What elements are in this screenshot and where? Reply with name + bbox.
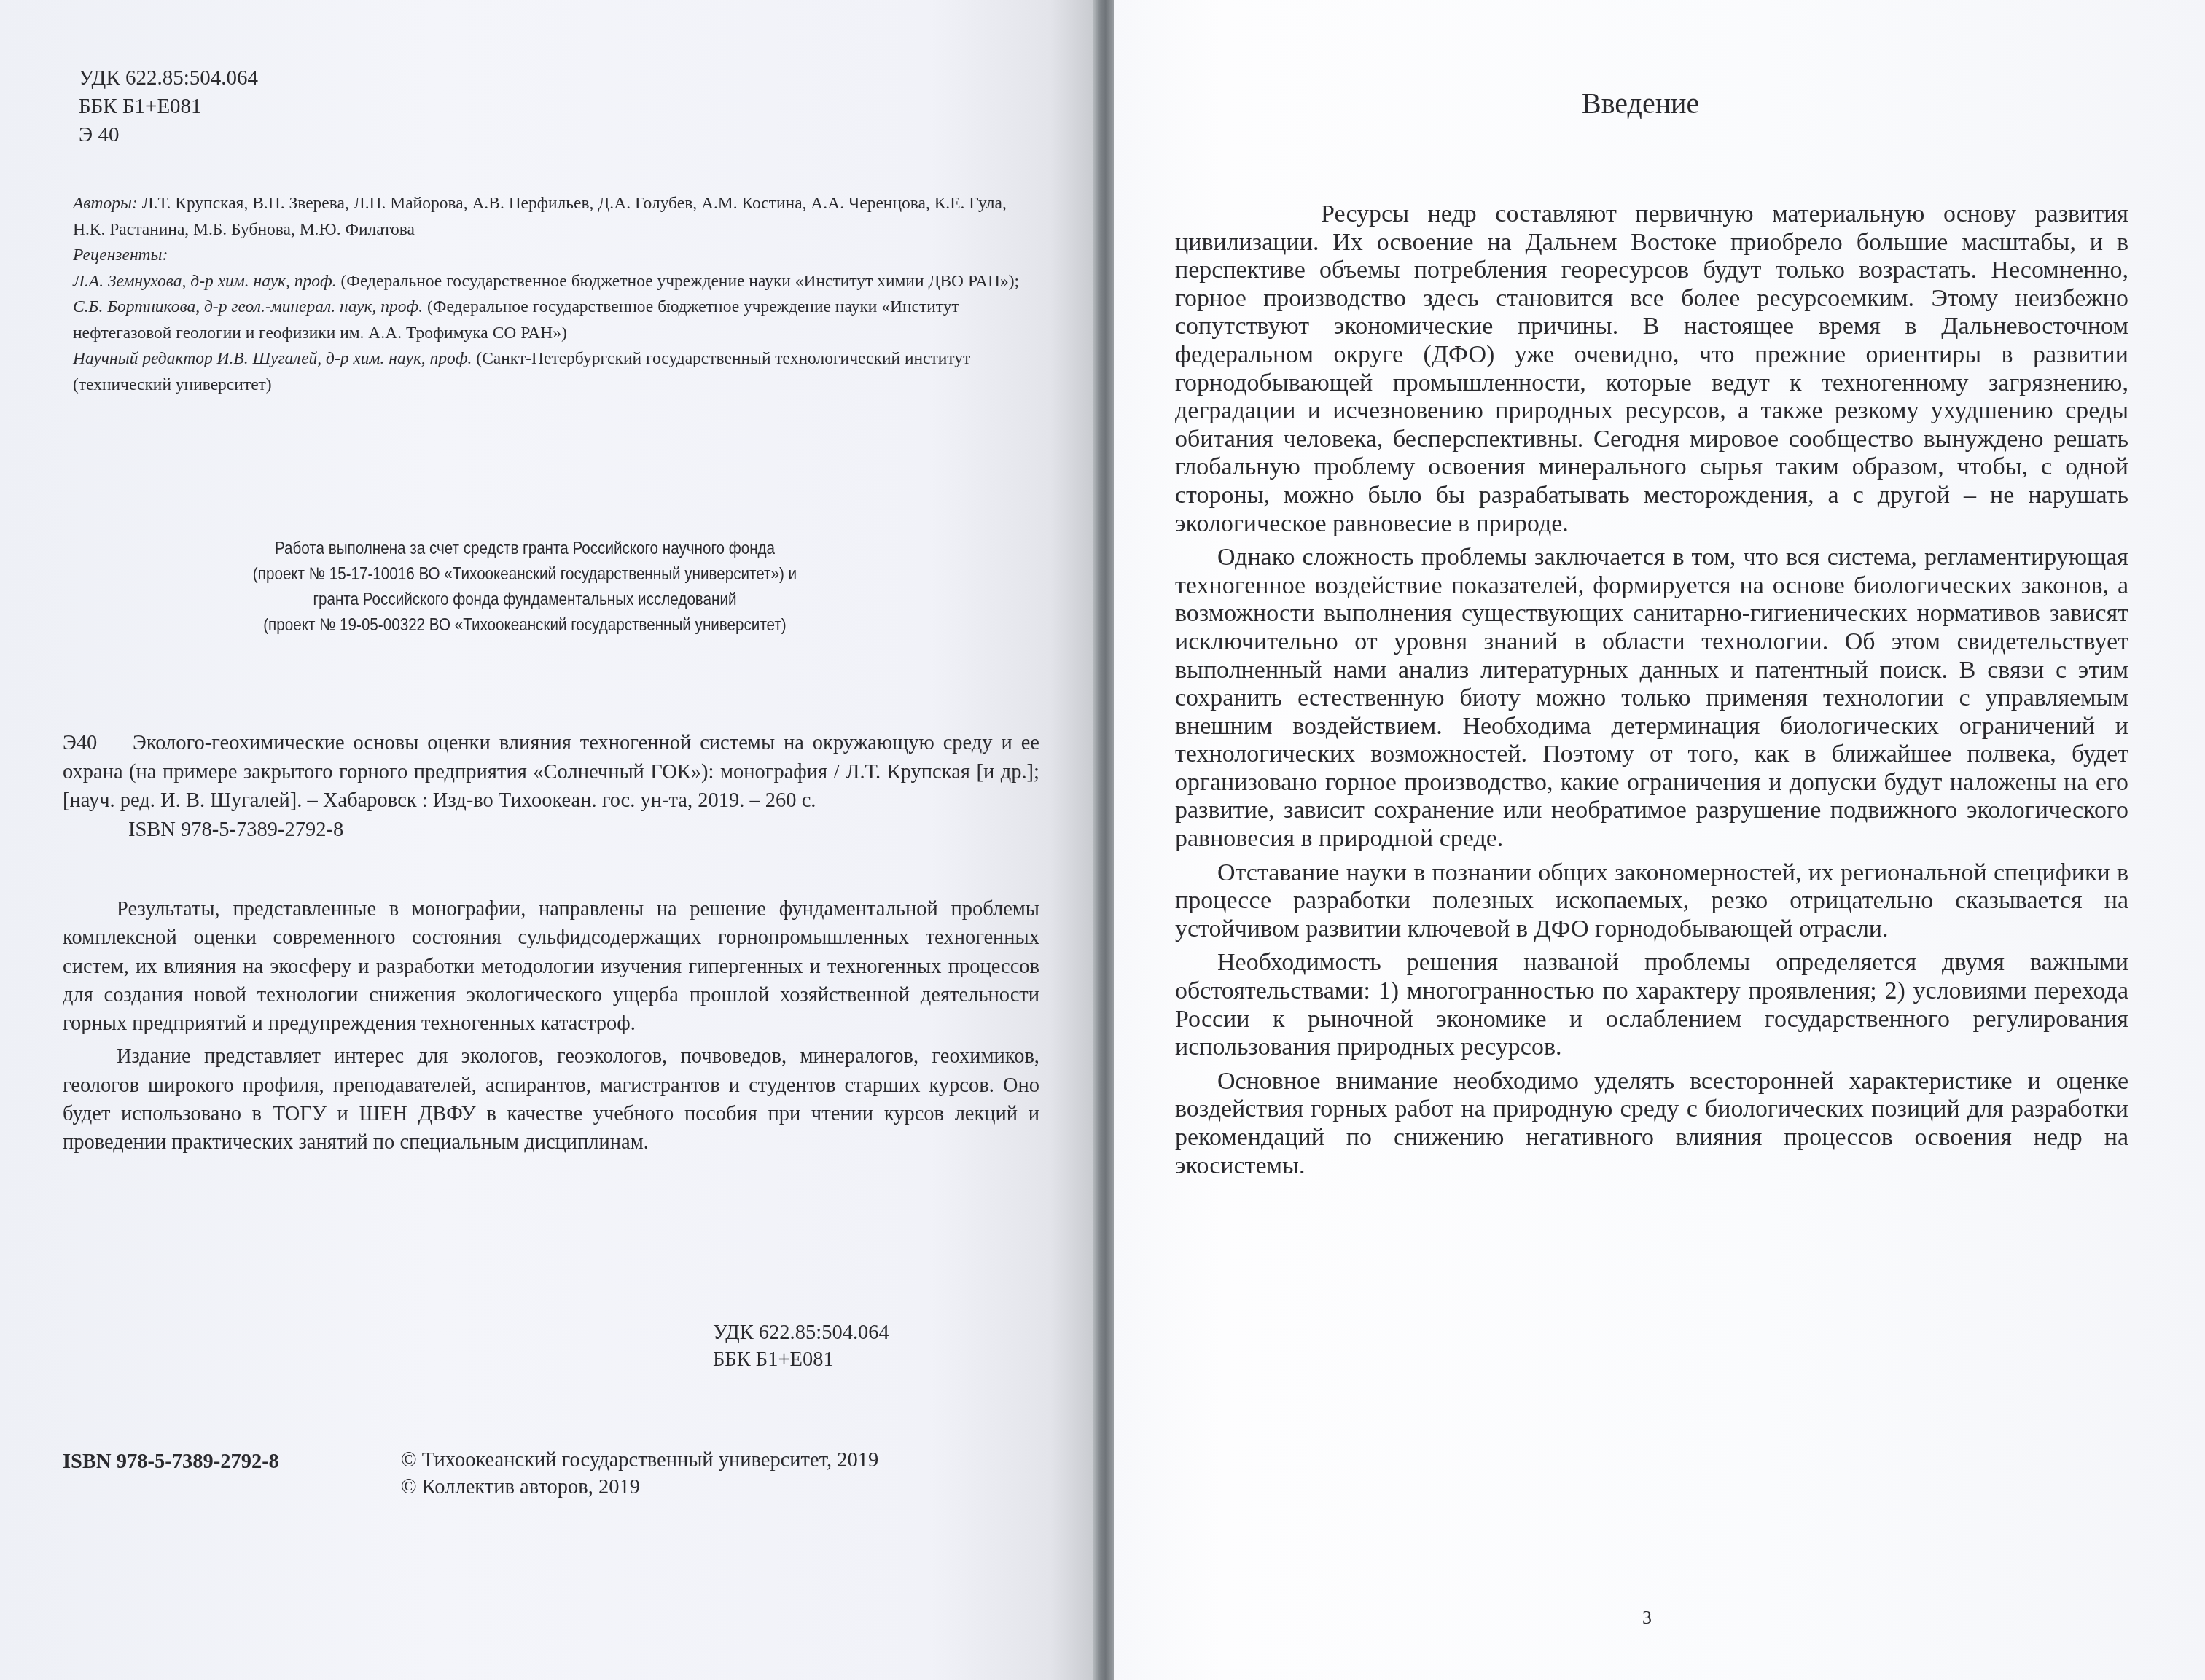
- intro-paragraph: Ресурсы недр составляют первичную матери…: [1175, 200, 2128, 538]
- intro-paragraph: Отставание науки в познании общих законо…: [1175, 859, 2128, 944]
- abstract-paragraph: Издание представляет интерес для эколого…: [63, 1042, 1039, 1157]
- reviewer-name: Л.А. Земнухова, д-р хим. наук, проф.: [73, 272, 337, 291]
- intro-paragraph: Однако сложность проблемы заключается в …: [1175, 544, 2128, 853]
- bbk-code: ББК Б1+Е081: [79, 93, 258, 121]
- reviewer-entry: С.Б. Бортникова, д-р геол.-минерал. наук…: [73, 294, 1042, 346]
- credits-block: Авторы: Л.Т. Крупская, В.П. Зверева, Л.П…: [73, 191, 1042, 398]
- reviewer-name: С.Б. Бортникова, д-р геол.-минерал. наук…: [73, 297, 423, 316]
- udk-code: УДК 622.85:504.064: [713, 1319, 889, 1346]
- bibliographic-text: Эколого-геохимические основы оценки влия…: [63, 732, 1039, 812]
- intro-paragraph: Основное внимание необходимо уделять все…: [1175, 1068, 2128, 1180]
- book-spine: [1093, 0, 1114, 1680]
- bibliographic-description: Э40Эколого-геохимические основы оценки в…: [63, 729, 1039, 816]
- reviewer-affiliation: (Федеральное государственное бюджетное у…: [341, 272, 1020, 291]
- reviewers-label: Рецензенты:: [73, 243, 1042, 269]
- abstract-paragraph: Результаты, представленные в монографии,…: [63, 895, 1039, 1038]
- grant-line: гранта Российского фонда фундаментальных…: [211, 587, 838, 612]
- isbn-line: ISBN 978-5-7389-2792-8: [63, 816, 1039, 845]
- udk-code: УДК 622.85:504.064: [79, 64, 258, 93]
- bottom-classification: УДК 622.85:504.064 ББК Б1+Е081: [713, 1319, 889, 1373]
- isbn-bold: ISBN 978-5-7389-2792-8: [63, 1450, 279, 1474]
- editor-name: Научный редактор И.В. Шугалей, д-р хим. …: [73, 349, 472, 368]
- bibliographic-record: Э40Эколого-геохимические основы оценки в…: [63, 729, 1039, 844]
- authors-list: Л.Т. Крупская, В.П. Зверева, Л.П. Майоро…: [73, 194, 1007, 239]
- copyright-line: © Тихоокеанский государственный универси…: [401, 1447, 878, 1474]
- copyright-line: © Коллектив авторов, 2019: [401, 1474, 878, 1501]
- intro-paragraph: Необходимость решения названой проблемы …: [1175, 949, 2128, 1061]
- grant-line: (проект № 19-05-00322 ВО «Тихоокеанский …: [211, 612, 838, 638]
- bibliographic-code: Э40: [63, 729, 133, 758]
- reviewer-entry: Л.А. Земнухова, д-р хим. наук, проф. (Фе…: [73, 269, 1042, 295]
- authors-line: Авторы: Л.Т. Крупская, В.П. Зверева, Л.П…: [73, 191, 1042, 243]
- classification-block: УДК 622.85:504.064 ББК Б1+Е081 Э 40: [79, 64, 258, 149]
- left-page-imprint: УДК 622.85:504.064 ББК Б1+Е081 Э 40 Авто…: [0, 0, 1093, 1680]
- grant-notice: Работа выполнена за счет средств гранта …: [211, 536, 838, 638]
- introduction-text: Ресурсы недр составляют первичную матери…: [1175, 200, 2128, 1186]
- bbk-code: ББК Б1+Е081: [713, 1346, 889, 1373]
- grant-line: Работа выполнена за счет средств гранта …: [211, 536, 838, 561]
- authors-label: Авторы:: [73, 194, 138, 213]
- chapter-heading: Введение: [1582, 86, 1699, 120]
- page-number: 3: [1642, 1607, 1652, 1629]
- copyright-block: © Тихоокеанский государственный универси…: [401, 1447, 878, 1501]
- editor-entry: Научный редактор И.В. Шугалей, д-р хим. …: [73, 346, 1042, 398]
- abstract: Результаты, представленные в монографии,…: [63, 895, 1039, 1162]
- grant-line: (проект № 15-17-10016 ВО «Тихоокеанский …: [211, 561, 838, 587]
- author-mark: Э 40: [79, 121, 258, 149]
